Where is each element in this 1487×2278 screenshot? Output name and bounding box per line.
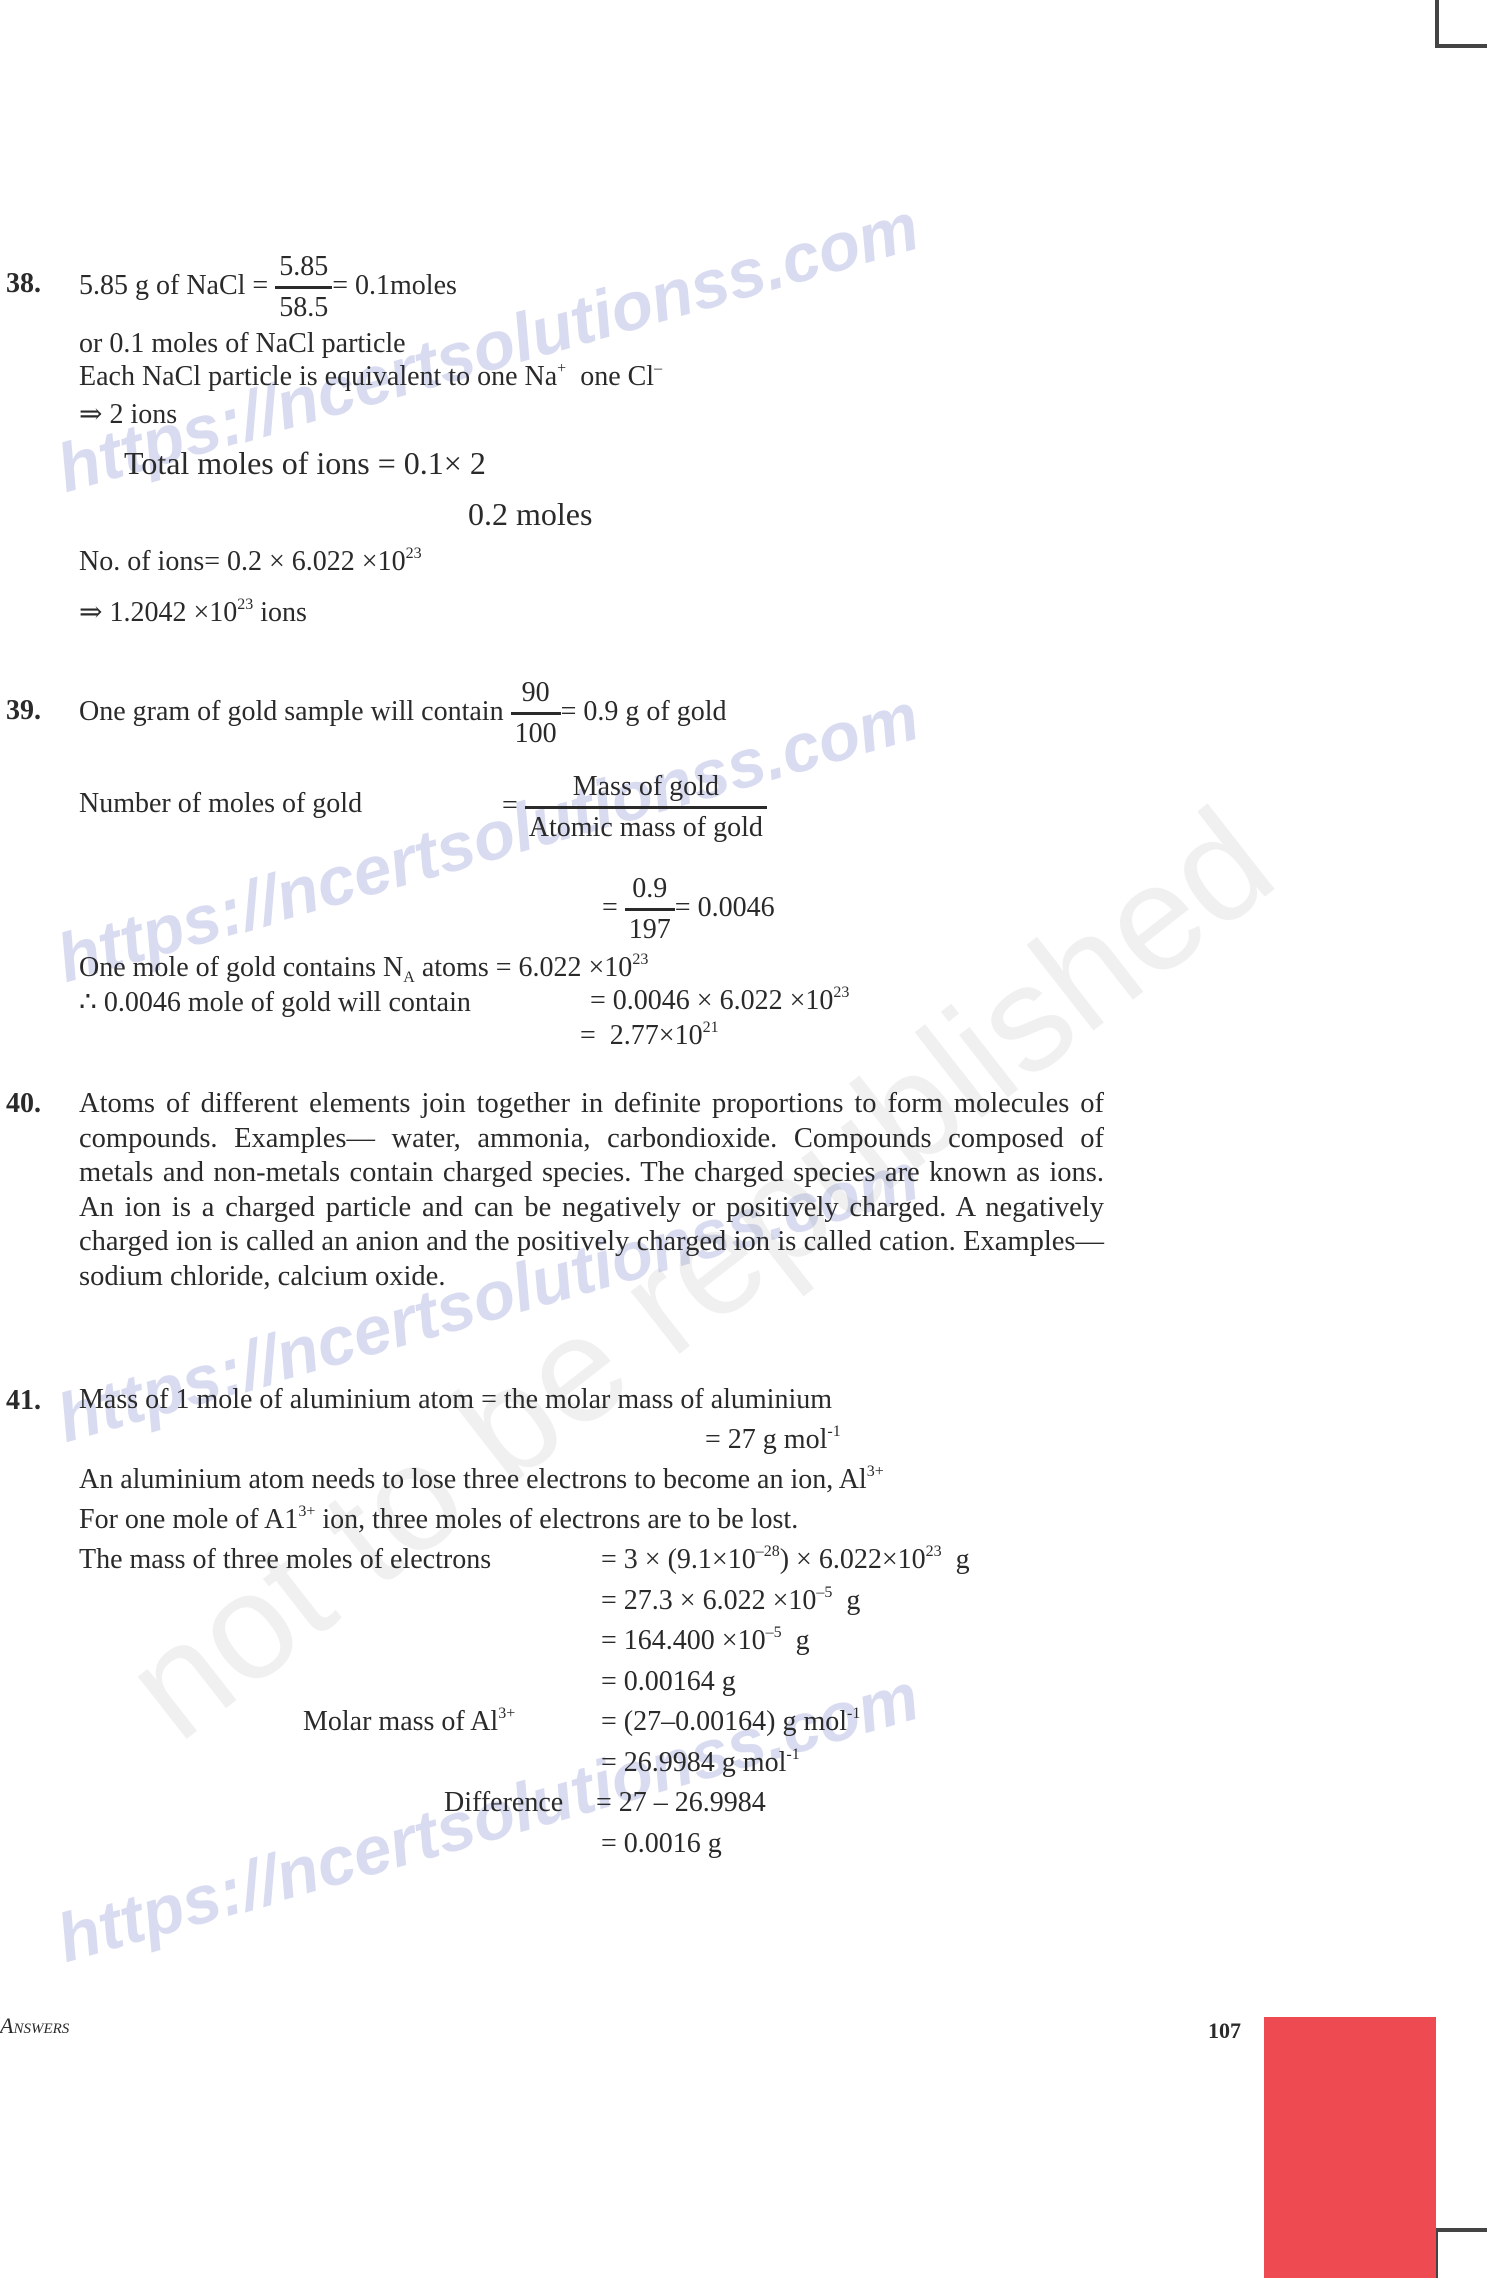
question-number: 41. [6,1385,41,1417]
superscript: + [557,360,566,377]
text: One mole of gold contains N [79,952,403,983]
text: = 164.400 ×10 [601,1625,766,1656]
superscript: 21 [703,1019,719,1036]
q38-line5: Total moles of ions = 0.1× 2 [124,445,486,482]
page-edge-tab [1264,2017,1436,2278]
calc-row: = 27 – 26.9984 [596,1787,766,1819]
page-number: 107 [1208,2018,1241,2044]
q38-line4: ⇒ 2 ions [79,397,177,431]
superscript: 23 [833,984,849,1001]
q39-line6-value: = 2.77×1021 [580,1020,719,1052]
text: For one mole of A1 [79,1504,298,1535]
q41-line5-label: The mass of three moles of electrons [79,1544,491,1576]
q38-line1: 5.85 g of NaCl = 5.8558.5= 0.1moles [79,248,457,327]
text: = 0.0046 × 6.022 ×10 [590,985,833,1016]
question-number: 40. [6,1088,41,1120]
superscript: 23 [632,951,648,968]
crop-mark-top [1435,0,1487,48]
calc-row: = 26.9984 g mol-1 [601,1747,800,1779]
q38-line7: No. of ions= 0.2 × 6.022 ×1023 [79,546,422,578]
q39-line1: One gram of gold sample will contain 901… [79,674,726,753]
superscript: 23 [237,596,253,613]
fraction-numerator: 5.85 [275,248,332,289]
calc-row: = 27.3 × 6.022 ×10–5 g [601,1585,860,1617]
q38-line2: or 0.1 moles of NaCl particle [79,328,406,360]
fraction-denominator: 100 [511,715,561,753]
q38-line8: ⇒ 1.2042 ×1023 ions [79,595,307,629]
q41-line1: Mass of 1 mole of aluminium atom = the m… [79,1384,832,1416]
q38-line3: Each NaCl particle is equivalent to one … [79,361,662,393]
superscript: -1 [827,1423,840,1440]
text: = 0.9 g of gold [561,696,727,727]
q41-line3: An aluminium atom needs to lose three el… [79,1464,884,1496]
text: = 27.3 × 6.022 ×10 [601,1585,816,1616]
superscript: –5 [816,1584,832,1601]
calc-row: = (27–0.00164) g mol-1 [601,1706,860,1738]
q38-line6: 0.2 moles [468,496,592,533]
fraction-numerator: 0.9 [625,870,675,911]
text: = 0.0046 [675,892,775,923]
running-footer-section: Answers [0,2013,69,2039]
text: = (27–0.00164) g mol [601,1706,847,1737]
text: Molar mass of Al [303,1706,498,1737]
crop-mark-bottom [1436,2228,1487,2278]
fraction-numerator: Mass of gold [525,768,767,809]
text: One gram of gold sample will contain [79,696,504,727]
q38-line1-suffix: = 0.1moles [332,270,457,301]
q41-line2: = 27 g mol-1 [705,1424,841,1456]
superscript: -1 [847,1705,860,1722]
q41-molar-label: Molar mass of Al3+ [303,1706,515,1738]
text: = 3 × (9.1×10 [601,1544,756,1575]
question-number: 39. [6,695,41,727]
calc-row: = 164.400 ×10–5 g [601,1625,810,1657]
text: ) × 6.022×10 [780,1544,926,1575]
superscript: 23 [926,1543,942,1560]
q39-line2-expr: = Mass of goldAtomic mass of gold [502,768,767,847]
q39-line4: One mole of gold contains NA atoms = 6.0… [79,952,648,984]
text: ions [253,597,307,628]
fraction: Mass of goldAtomic mass of gold [525,768,767,847]
fraction: 90100 [511,674,561,753]
text: g [942,1544,970,1575]
superscript: – [654,360,662,377]
text: ion, three moles of electrons are to be … [315,1504,798,1535]
q39-line2-label: Number of moles of gold [79,788,362,820]
subscript: A [403,969,415,986]
text: ⇒ 1.2042 ×10 [79,597,237,628]
q39-line5-label: ∴ 0.0046 mole of gold will contain [79,985,471,1019]
superscript: 23 [406,545,422,562]
text: atoms = 6.022 ×10 [415,952,632,983]
superscript: –5 [766,1624,782,1641]
superscript: 3+ [498,1705,515,1722]
q39-line3: = 0.9197= 0.0046 [602,870,775,949]
calc-row: = 0.00164 g [601,1666,736,1698]
text: = [602,892,618,923]
q38-line1-prefix: 5.85 g of NaCl = [79,270,268,301]
text: = 27 g mol [705,1424,827,1455]
calc-row: = 0.0016 g [601,1828,722,1860]
fraction: 0.9197 [625,870,675,949]
fraction-numerator: 90 [511,674,561,715]
text: g [782,1625,810,1656]
text: one Cl [566,361,654,392]
q41-diff-label: Difference [444,1787,563,1819]
text: = 26.9984 g mol [601,1747,786,1778]
fraction-denominator: 58.5 [275,289,332,327]
text: = 2.77×10 [580,1020,703,1051]
text: g [832,1585,860,1616]
q39-line5-value: = 0.0046 × 6.022 ×1023 [590,985,849,1017]
superscript: –28 [756,1543,780,1560]
q41-line4: For one mole of A13+ ion, three moles of… [79,1504,798,1536]
fraction: 5.8558.5 [275,248,332,327]
text: No. of ions= 0.2 × 6.022 ×10 [79,546,406,577]
text: Each NaCl particle is equivalent to one … [79,361,557,392]
superscript: 3+ [867,1463,884,1480]
calc-row: = 3 × (9.1×10–28) × 6.022×1023 g [601,1544,970,1576]
text: = [502,790,518,821]
text: An aluminium atom needs to lose three el… [79,1464,867,1495]
text: = 0.00164 g [601,1666,736,1697]
superscript: -1 [786,1746,799,1763]
fraction-denominator: Atomic mass of gold [525,809,767,847]
fraction-denominator: 197 [625,911,675,949]
superscript: 3+ [298,1503,315,1520]
question-number: 38. [6,268,41,300]
q40-paragraph: Atoms of different elements join togethe… [79,1087,1104,1294]
